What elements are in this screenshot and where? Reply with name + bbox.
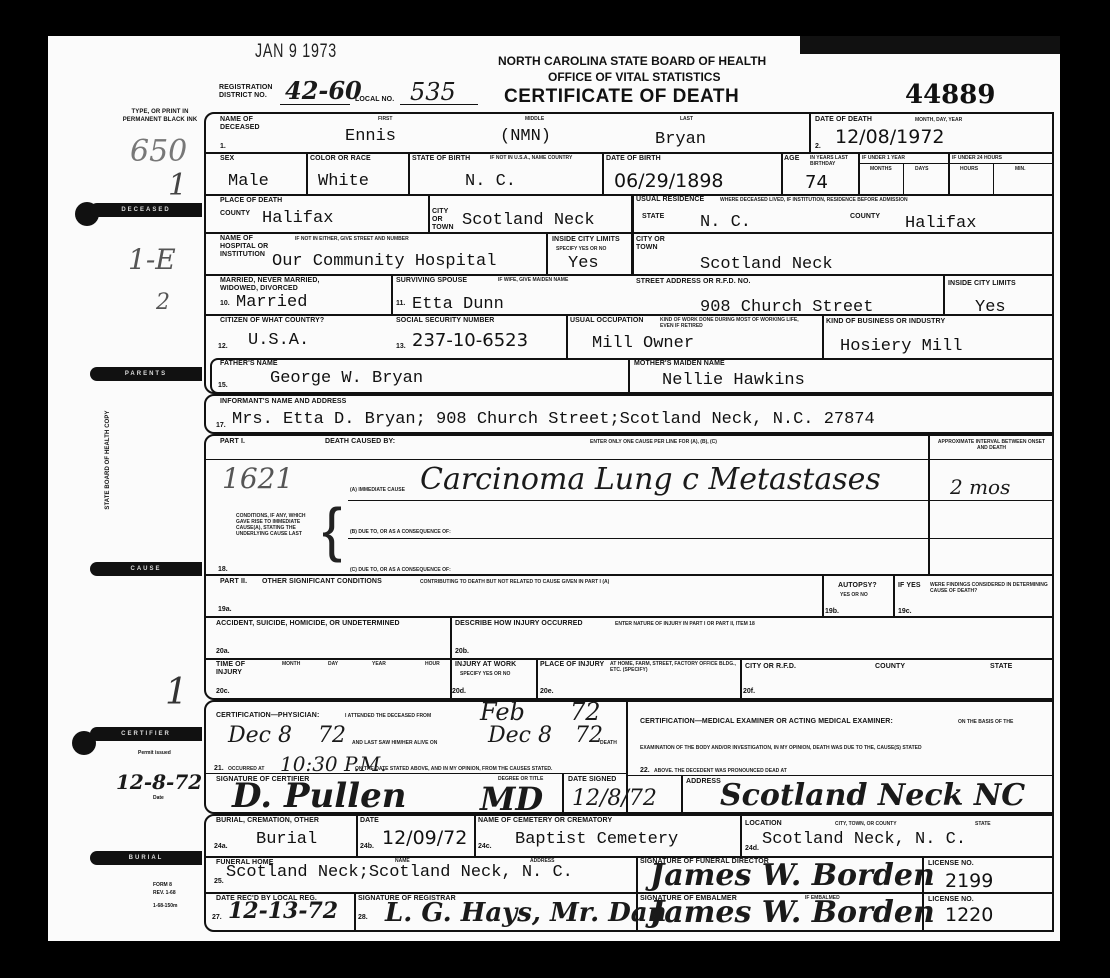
last-seen-year: 72 — [575, 723, 603, 748]
date-signed-value: 12/8/72 — [572, 786, 657, 811]
section-tab-deceased: DECEASED — [90, 203, 202, 217]
injury-at-work-label: INJURY AT WORK — [455, 661, 516, 669]
months-label: MONTHS — [870, 166, 892, 172]
date-signed-label: DATE SIGNED — [568, 776, 616, 784]
describe-injury-sublabel: ENTER NATURE OF INJURY IN PART I OR PART… — [615, 621, 755, 627]
registration-district-value: 42-60 — [285, 76, 362, 105]
hospital-value: Our Community Hospital — [272, 252, 496, 271]
death-city-value: Scotland Neck — [462, 211, 595, 230]
first-name-value: Ennis — [345, 127, 396, 146]
section-tab-certifier: CERTIFIER — [90, 727, 202, 741]
funeral-home-value: Scotland Neck;Scotland Neck, N. C. — [226, 863, 573, 882]
days-label: DAYS — [915, 166, 928, 172]
age-value: 74 — [805, 172, 828, 193]
permit-issued-label: Permit issued — [138, 750, 171, 756]
name-label: NAME OF DECEASED — [220, 116, 270, 132]
margin-note-1b: 1 — [165, 672, 188, 713]
cemetery-value: Baptist Cemetery — [515, 830, 678, 849]
immediate-cause-value: Carcinoma Lung c Metastases — [420, 462, 881, 497]
month-label: MONTH — [282, 661, 300, 667]
race-label: COLOR OR RACE — [310, 155, 371, 163]
certifier-signature: D. Pullen — [232, 776, 406, 816]
pronounced-text: ABOVE. THE DECEDENT WAS PRONOUNCED DEAD … — [654, 768, 787, 774]
margin-note-650: 650 — [130, 134, 187, 169]
last-name-label: LAST — [680, 116, 693, 122]
part-two-label: PART II. — [220, 578, 247, 586]
inside-city-limits-sublabel: SPECIFY YES OR NO — [556, 246, 606, 252]
director-license-value: 2199 — [945, 870, 993, 892]
section-tab-cause: CAUSE — [90, 562, 202, 576]
death-county-label: COUNTY — [220, 210, 250, 218]
residence-city-label: CITY OR TOWN — [636, 236, 666, 252]
middle-name-label: MIDDLE — [525, 116, 544, 122]
attended-text: I ATTENDED THE DECEASED FROM — [345, 713, 431, 719]
father-name-value: George W. Bryan — [270, 369, 423, 388]
residence-state-label: STATE — [642, 213, 664, 221]
location-value: Scotland Neck, N. C. — [762, 830, 966, 849]
brace-mark: { — [322, 495, 342, 564]
father-name-label: FATHER'S NAME — [220, 360, 278, 368]
residence-inside-limits-label: INSIDE CITY LIMITS — [948, 280, 1016, 288]
time-of-injury-label: TIME OF INJURY — [216, 661, 256, 677]
residence-state-value: N. C. — [700, 213, 751, 232]
if-yes-sublabel: WERE FINDINGS CONSIDERED IN DETERMINING … — [930, 582, 1050, 594]
me-basis-text: ON THE BASIS OF THE — [958, 719, 1013, 725]
date-of-birth-value: 06/29/1898 — [614, 170, 724, 192]
first-name-label: FIRST — [378, 116, 392, 122]
margin-note-1: 1 — [168, 168, 187, 203]
race-value: White — [318, 172, 369, 191]
death-text: DEATH — [600, 740, 617, 746]
cause-code: 1621 — [222, 462, 293, 495]
registration-district-label: REGISTRATION DISTRICT NO. — [219, 84, 283, 100]
sex-value: Male — [228, 172, 269, 191]
part-one-label: PART I. — [220, 438, 245, 446]
mother-name-value: Nellie Hawkins — [662, 371, 805, 390]
usual-residence-label: USUAL RESIDENCE — [636, 196, 704, 204]
citizen-label: CITIZEN OF WHAT COUNTRY? — [220, 317, 324, 325]
surviving-spouse-label: SURVIVING SPOUSE — [396, 277, 467, 285]
section-tab-parents: PARENTS — [90, 367, 202, 381]
disposition-value: Burial — [256, 830, 317, 849]
local-no-label: LOCAL NO. — [355, 96, 394, 104]
residence-county-label: COUNTY — [850, 213, 880, 221]
due-to-b-label: (b) DUE TO, OR AS A CONSEQUENCE OF: — [350, 529, 451, 535]
mother-name-label: MOTHER'S MAIDEN NAME — [634, 360, 725, 368]
last-seen-value: Dec 8 — [488, 723, 552, 748]
degree-value: MD — [480, 780, 543, 818]
cemetery-label: NAME OF CEMETERY OR CREMATORY — [478, 817, 612, 825]
section-tab-burial: BURIAL — [90, 851, 202, 865]
scan-shadow — [800, 36, 1060, 54]
local-no-value: 535 — [410, 78, 456, 106]
injury-at-work-sublabel: SPECIFY YES OR NO — [460, 671, 510, 677]
injury-city-label: CITY OR R.F.D. — [745, 663, 796, 671]
date-of-death-sublabel: MONTH, DAY, YEAR — [915, 117, 962, 123]
hospital-label: NAME OF HOSPITAL OR INSTITUTION — [220, 235, 270, 259]
received-stamp: JAN 9 1973 — [255, 41, 337, 63]
place-of-injury-label: PLACE OF INJURY — [540, 661, 604, 669]
under-24-hours-label: IF UNDER 24 HOURS — [952, 155, 1002, 161]
hospital-sublabel: IF NOT IN EITHER, GIVE STREET AND NUMBER — [295, 236, 409, 242]
street-address-label: STREET ADDRESS OR R.F.D. No. — [636, 278, 751, 286]
citizen-value: U.S.A. — [248, 331, 309, 350]
attended-to-value: Dec 8 — [228, 723, 292, 748]
location-label: LOCATION — [745, 820, 782, 828]
occupation-label: USUAL OCCUPATION — [570, 317, 644, 325]
interval-label: APPROXIMATE INTERVAL BETWEEN ONSET AND D… — [934, 439, 1049, 451]
injury-county-label: COUNTY — [875, 663, 905, 671]
permit-date: 12-8-72 — [116, 770, 202, 794]
informant-label: INFORMANT'S NAME AND ADDRESS — [220, 398, 346, 406]
issuer-line-2: OFFICE OF VITAL STATISTICS — [548, 70, 720, 84]
death-county-value: Halifax — [262, 209, 333, 228]
minutes-label: MIN. — [1015, 166, 1026, 172]
registrar-signature: L. G. Hays, Mr. Dan — [385, 898, 667, 928]
surviving-spouse-value: Etta Dunn — [412, 295, 504, 314]
margin-note-1e: 1-E — [128, 243, 176, 276]
year-label: YEAR — [372, 661, 386, 667]
accident-label: ACCIDENT, SUICIDE, HOMICIDE, OR UNDETERM… — [216, 620, 400, 628]
death-city-label: CITY OR TOWN — [432, 208, 458, 232]
ink-instruction: TYPE, OR PRINT IN PERMANENT BLACK INK — [120, 108, 200, 124]
form-revision: REV. 1-68 — [153, 890, 176, 896]
other-conditions-label: OTHER SIGNIFICANT CONDITIONS — [262, 578, 382, 586]
autopsy-label: AUTOPSY? — [838, 582, 877, 590]
state-of-birth-sublabel: IF NOT IN U.S.A., NAME COUNTRY — [490, 155, 580, 161]
occupation-value: Mill Owner — [592, 334, 694, 353]
under-one-year-label: IF UNDER 1 YEAR — [862, 155, 905, 161]
date-received-value: 12-13-72 — [228, 898, 338, 924]
age-sublabel: IN YEARS LAST BIRTHDAY — [810, 155, 858, 167]
last-saw-text: AND LAST SAW HIM/HER ALIVE ON — [352, 740, 437, 746]
embalmer-signature: James W. Borden — [650, 895, 935, 930]
marital-status-label: MARRIED, NEVER MARRIED, WIDOWED, DIVORCE… — [220, 277, 330, 293]
due-to-c-label: (c) DUE TO, OR AS A CONSEQUENCE OF: — [350, 567, 451, 573]
occurred-text: OCCURRED AT — [228, 766, 264, 772]
day-label: DAY — [328, 661, 338, 667]
document-title: CERTIFICATE OF DEATH — [504, 86, 739, 108]
director-license-label: LICENSE NO. — [928, 860, 974, 868]
form-number: FORM 8 — [153, 882, 172, 888]
immediate-cause-label: (a) IMMEDIATE CAUSE — [350, 487, 405, 493]
print-code: 1-68-150m — [153, 903, 177, 909]
other-conditions-sublabel: CONTRIBUTING TO DEATH BUT NOT RELATED TO… — [420, 579, 609, 585]
residence-county-value: Halifax — [905, 214, 976, 233]
medical-examiner-label: CERTIFICATION—MEDICAL EXAMINER OR ACTING… — [640, 718, 893, 726]
autopsy-sublabel: YES OR NO — [840, 592, 868, 598]
embalmer-license-value: 1220 — [945, 904, 993, 926]
surviving-spouse-sublabel: IF WIFE, GIVE MAIDEN NAME — [498, 277, 568, 283]
certifier-address-value: Scotland Neck NC — [720, 778, 1025, 813]
death-caused-by-label: DEATH CAUSED BY: — [325, 438, 395, 446]
injury-state-label: STATE — [990, 663, 1012, 671]
burial-date-value: 12/09/72 — [382, 827, 467, 849]
embalmer-license-label: LICENSE NO. — [928, 896, 974, 904]
business-label: KIND OF BUSINESS OR INDUSTRY — [826, 318, 945, 326]
inside-city-limits-value: Yes — [568, 254, 599, 273]
state-of-birth-value: N. C. — [465, 172, 516, 191]
funeral-director-signature: James W. Borden — [650, 858, 935, 893]
attended-to-year: 72 — [318, 723, 346, 748]
inside-city-limits-label: INSIDE CITY LIMITS — [552, 236, 620, 244]
age-label: AGE — [784, 155, 799, 163]
date-of-death-value: 12/08/1972 — [835, 126, 945, 148]
residence-city-value: Scotland Neck — [700, 255, 833, 274]
describe-injury-label: DESCRIBE HOW INJURY OCCURRED — [455, 620, 583, 628]
usual-residence-sublabel: WHERE DECEASED LIVED, IF INSTITUTION, RE… — [720, 197, 908, 203]
physician-certification-label: CERTIFICATION—PHYSICIAN: — [216, 712, 319, 720]
occupation-sublabel: KIND OF WORK DONE DURING MOST OF WORKING… — [660, 317, 800, 329]
place-of-death-label: PLACE OF DEATH — [220, 197, 282, 205]
hours-label: HOURS — [960, 166, 978, 172]
margin-note-2: 2 — [156, 290, 170, 315]
conditions-note: CONDITIONS, IF ANY, WHICH GAVE RISE TO I… — [236, 513, 316, 537]
sex-label: SEX — [220, 155, 234, 163]
last-name-value: Bryan — [655, 130, 706, 149]
location-sublabel: CITY, TOWN, OR COUNTY — [835, 821, 897, 827]
attended-from-value: Feb — [480, 698, 525, 726]
informant-value: Mrs. Etta D. Bryan; 908 Church Street;Sc… — [232, 410, 875, 429]
attended-from-year: 72 — [570, 698, 601, 726]
on-date-text: ON THE DATE STATED ABOVE, AND IN MY OPIN… — [355, 766, 552, 772]
middle-name-value: (NMN) — [500, 127, 551, 146]
disposition-label: BURIAL, CREMATION, OTHER — [216, 817, 319, 825]
ssn-value: 237-10-6523 — [412, 330, 528, 351]
ssn-label: SOCIAL SECURITY NUMBER — [396, 317, 494, 325]
me-opinion-text: EXAMINATION OF THE BODY AND/OR INVESTIGA… — [640, 745, 922, 751]
date-of-birth-label: DATE OF BIRTH — [606, 155, 661, 163]
hour-label: HOUR — [425, 661, 440, 667]
state-of-birth-label: STATE OF BIRTH — [412, 155, 470, 163]
certificate-number: 44889 — [905, 80, 995, 110]
business-value: Hosiery Mill — [840, 337, 962, 356]
interval-value: 2 mos — [950, 475, 1010, 499]
state-copy-label: STATE BOARD OF HEALTH COPY — [105, 410, 112, 510]
place-of-injury-sublabel: AT HOME, FARM, STREET, FACTORY OFFICE BL… — [610, 661, 740, 673]
issuer-line-1: NORTH CAROLINA STATE BOARD OF HEALTH — [498, 54, 766, 68]
cause-instruction: ENTER ONLY ONE CAUSE PER LINE FOR (a), (… — [590, 439, 717, 445]
date-of-death-label: DATE OF DEATH — [815, 116, 872, 124]
if-yes-label: IF YES — [898, 582, 921, 590]
permit-date-label: Date — [153, 795, 164, 801]
marital-status-value: Married — [236, 293, 307, 312]
burial-date-label: DATE — [360, 817, 379, 825]
location-state-label: STATE — [975, 821, 991, 827]
certifier-address-label: ADDRESS — [686, 778, 721, 786]
